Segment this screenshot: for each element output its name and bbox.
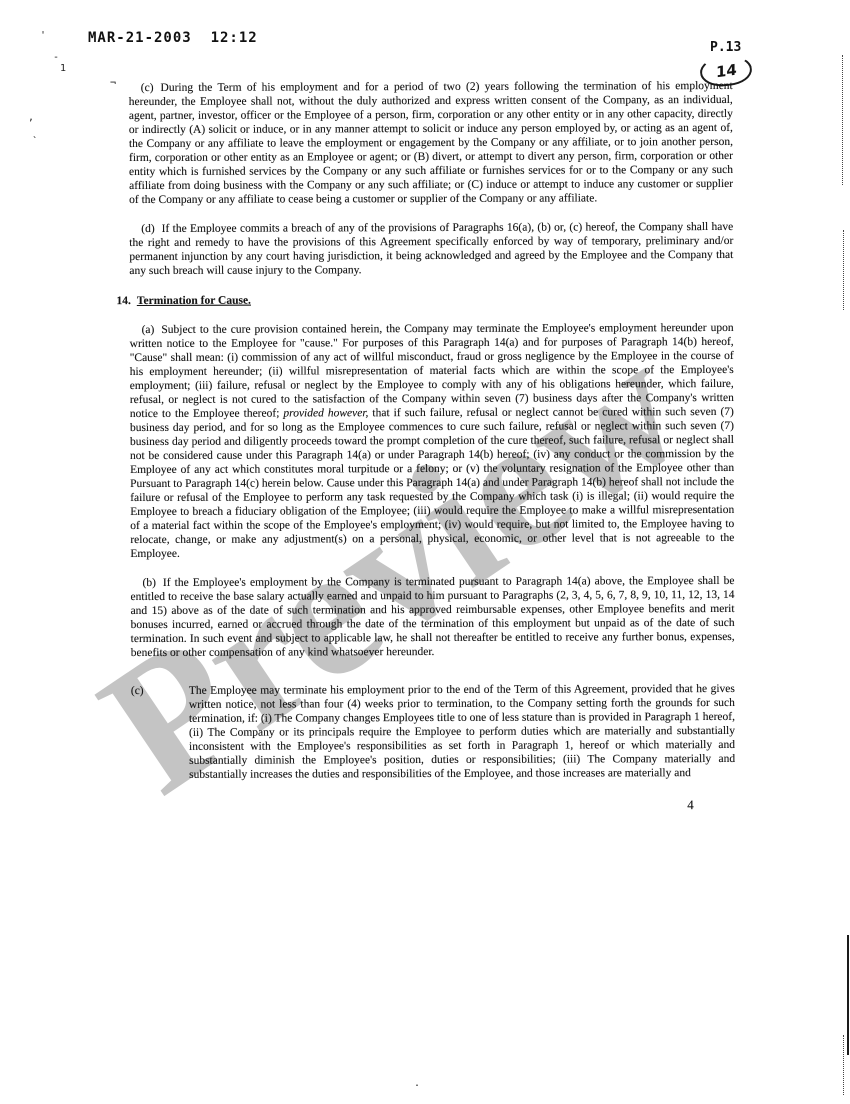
paragraph-text: If the Employee commits a breach of any … (129, 221, 733, 277)
scan-speckle: ` (32, 136, 38, 147)
paragraph-label: (d) (141, 223, 154, 235)
scanned-fax-page: MAR-21-2003 12:12 P.13 14 Preview (c)Dur… (0, 0, 850, 1104)
paragraph-text: The Employee may terminate his employmen… (189, 682, 735, 782)
paragraph-label: (a) (142, 324, 155, 336)
scan-edge-artifact (843, 230, 844, 310)
scan-speckle: , (28, 112, 34, 123)
paragraph-label: (c) (141, 82, 154, 94)
fax-page-label: P.13 (710, 40, 741, 55)
paragraph-a-cause-definition: (a)Subject to the cure provision contain… (130, 321, 735, 561)
scan-edge-artifact (847, 935, 849, 1055)
scan-speckle: - (53, 52, 59, 63)
paragraph-text: that if such failure, refusal or neglect… (130, 406, 734, 560)
document-body: (c)During the Term of his employment and… (129, 79, 736, 814)
scan-edge-artifact (842, 55, 843, 185)
section-title: Termination for Cause. (137, 295, 251, 307)
paragraph-d-injunction: (d)If the Employee commits a breach of a… (129, 220, 733, 278)
paragraph-text: If the Employee's employment by the Comp… (131, 575, 735, 659)
scan-speckle: ¬ (110, 78, 116, 89)
paragraph-italic-phrase: provided however, (283, 407, 368, 419)
fax-timestamp: MAR-21-2003 12:12 (88, 30, 258, 46)
section-heading: 14.Termination for Cause. (116, 292, 733, 308)
scan-edge-artifact (843, 1035, 844, 1095)
paragraph-c-noncompete: (c)During the Term of his employment and… (129, 79, 733, 207)
paragraph-text: During the Term of his employment and fo… (129, 80, 733, 206)
section-number: 14. (116, 295, 130, 307)
scan-speckle: ' (40, 30, 46, 41)
scan-speckle: 1 (60, 63, 66, 74)
paragraph-b-termination-pay: (b)If the Employee's employment by the C… (130, 574, 734, 660)
paragraph-label: (b) (142, 577, 155, 589)
scan-speckle: . (414, 1078, 420, 1089)
paragraph-c-employee-termination: (c) The Employee may terminate his emplo… (131, 682, 735, 782)
page-number: 4 (687, 798, 735, 812)
paragraph-label: (c) (131, 684, 189, 782)
